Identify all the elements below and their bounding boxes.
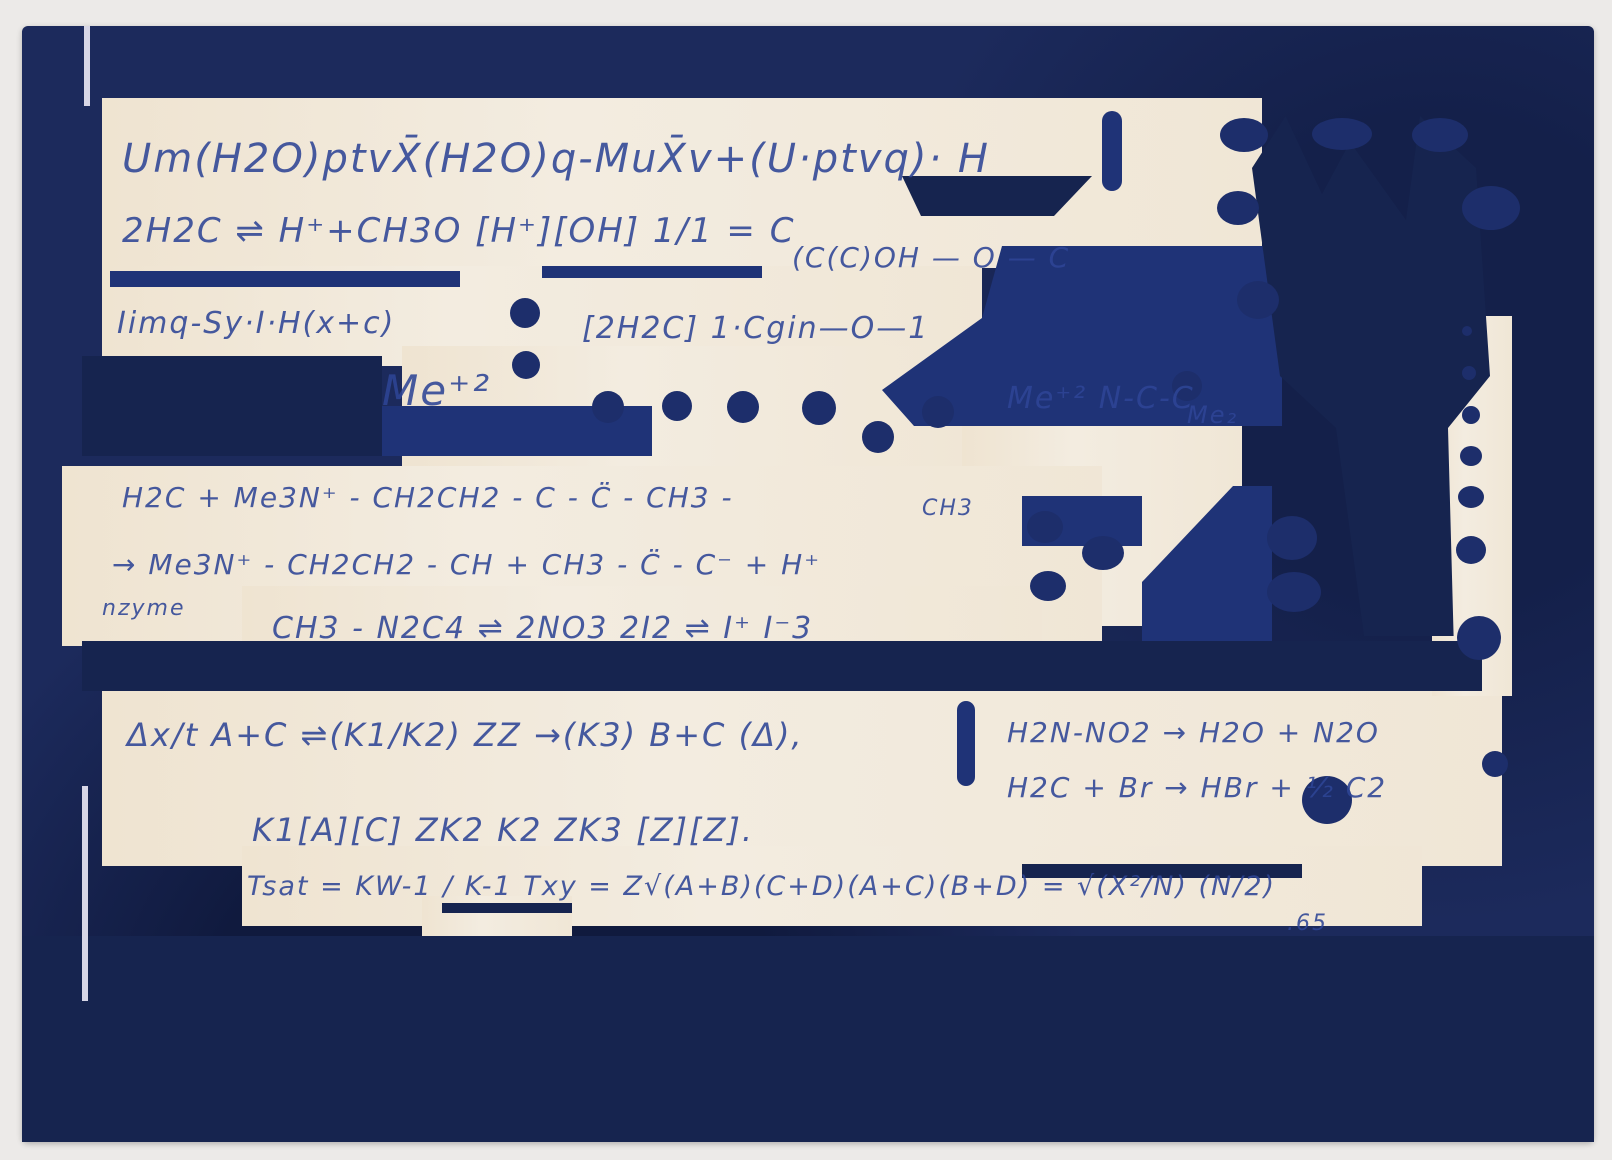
formula-line-5b: CH3 bbox=[922, 496, 974, 521]
formula-line-5: H2C + Me3N⁺ - CH2CH2 - C - C̈ - CH3 - bbox=[122, 481, 734, 514]
ink-block-left bbox=[82, 356, 382, 456]
formula-line-1: Um(H2O)ptvX̄(H2O)q-MuX̄v+(U·ptvq)· H bbox=[122, 136, 990, 182]
dot bbox=[1458, 486, 1484, 508]
dot bbox=[1027, 511, 1063, 543]
formula-line-6: → Me3N⁺ - CH2CH2 - CH + CH3 - C̈ - C⁻ + … bbox=[112, 548, 821, 581]
artwork-board: Um(H2O)ptvX̄(H2O)q-MuX̄v+(U·ptvq)· H 2H2… bbox=[22, 26, 1594, 1142]
formula-line-7: nzyme bbox=[102, 596, 185, 621]
formula-line-8: CH3 - N2C4 ⇌ 2NO3 2I2 ⇌ I⁺ I⁻3 bbox=[272, 611, 813, 646]
dot bbox=[1267, 572, 1321, 612]
dot bbox=[1462, 186, 1520, 230]
dot bbox=[922, 396, 954, 428]
dot bbox=[1082, 536, 1124, 570]
ink-vertical-stroke-2 bbox=[957, 701, 975, 786]
formula-line-12: H2C + Br → HBr + ½ C2 bbox=[1007, 771, 1387, 804]
dot bbox=[1030, 571, 1066, 601]
dot bbox=[1460, 446, 1482, 466]
formula-line-3: Iimq-Sy·I·H(x+c) bbox=[117, 306, 395, 341]
dot bbox=[1482, 751, 1508, 777]
ink-vertical-stroke-1 bbox=[1102, 111, 1122, 191]
dot bbox=[1462, 366, 1476, 380]
formula-line-4b: Me⁺² N-C-C bbox=[1007, 381, 1195, 416]
dot bbox=[1237, 281, 1279, 319]
ink-bar-1 bbox=[110, 271, 460, 287]
dot bbox=[510, 298, 540, 328]
formula-line-13: Tsat = KW-1 / K-1 Txy = Z√(A+B)(C+D)(A+C… bbox=[247, 871, 1276, 902]
ink-band-middle bbox=[82, 641, 1482, 691]
dot bbox=[1456, 536, 1486, 564]
frame-vertical-line bbox=[82, 786, 88, 1001]
ink-bar-2 bbox=[542, 266, 762, 278]
ink-bottom-band bbox=[22, 936, 1594, 1142]
formula-line-2b: (C(C)OH — O — C bbox=[792, 241, 1070, 274]
dot bbox=[512, 351, 540, 379]
formula-line-4: Me⁺² bbox=[382, 366, 491, 415]
ink-fraction-bar bbox=[442, 903, 572, 913]
dot bbox=[1312, 118, 1372, 150]
formula-line-13b: .65 bbox=[1287, 911, 1328, 936]
dot bbox=[592, 391, 624, 423]
frame-vertical-line-top bbox=[84, 26, 90, 106]
formula-line-9: Δx/t A+C ⇌(K1/K2) ZZ →(K3) B+C (Δ), bbox=[127, 716, 804, 754]
dot bbox=[1462, 406, 1480, 424]
formula-line-10: K1[A][C] ZK2 K2 ZK3 [Z][Z]. bbox=[252, 811, 754, 849]
dot bbox=[1217, 191, 1259, 225]
formula-line-4c: Me₂ bbox=[1187, 401, 1238, 429]
dot bbox=[727, 391, 759, 423]
dot bbox=[1220, 118, 1268, 152]
formula-line-3b: [2H2C] 1·Cgin—O—1 bbox=[582, 311, 929, 346]
dot bbox=[1412, 118, 1468, 152]
dot bbox=[1267, 516, 1317, 560]
dot bbox=[1462, 326, 1472, 336]
formula-line-2: 2H2C ⇌ H⁺+CH3O [H⁺][OH] 1/1 = C bbox=[122, 211, 795, 251]
dot bbox=[662, 391, 692, 421]
formula-line-11: H2N-NO2 → H2O + N2O bbox=[1007, 716, 1380, 749]
dot bbox=[862, 421, 894, 453]
dot bbox=[802, 391, 836, 425]
dot bbox=[1457, 616, 1501, 660]
